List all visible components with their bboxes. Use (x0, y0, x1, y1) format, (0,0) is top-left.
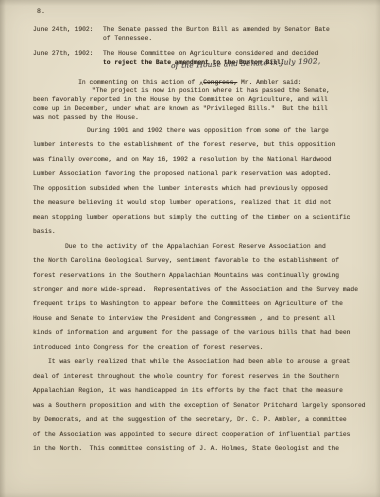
paragraph-line: was finally overcome, and on May 16, 190… (33, 153, 366, 167)
paragraph-line: in the North. This committee consisting … (33, 442, 366, 456)
comment-text-after: Mr. Ambler said: (237, 79, 301, 86)
quote-line: been favorably reported in the House by … (33, 95, 330, 104)
comment-text-before: In commenting on this action of (78, 79, 199, 86)
paragraph-line: During 1901 and 1902 there was oppositio… (33, 124, 366, 138)
paragraph-line: stronger and more wide-spread. Represent… (33, 283, 366, 297)
paragraph-line: the measure believing it would stop lumb… (33, 196, 366, 210)
quote-line: come up in December, under what are know… (33, 104, 330, 113)
paragraph-line: lumber interests to the establishment of… (33, 138, 366, 152)
paragraph-line: by Democrats, and at the suggestion of t… (33, 413, 366, 427)
paragraph-line: The opposition subsided when the lumber … (33, 182, 366, 196)
entry-date: June 27th, 1902: (33, 49, 103, 67)
block-quote: "The project is now in position where it… (33, 86, 330, 122)
body-text: During 1901 and 1902 there was oppositio… (33, 124, 366, 456)
page-number: 8. (37, 8, 45, 15)
paragraph-line: It was early realized that while the Ass… (33, 355, 366, 369)
scanned-typewritten-page: 8. June 24th, 1902: The Senate passed th… (0, 0, 380, 497)
paragraph-line: forest reservations in the Southern Appa… (33, 269, 366, 283)
quote-line: "The project is now in position where it… (33, 86, 330, 95)
timeline-entry: June 24th, 1902: The Senate passed the B… (33, 25, 330, 43)
quote-line: was not passed by the House. (33, 113, 330, 122)
paragraph-line: basis. (33, 225, 366, 239)
paragraph-line: was a Southern proposition and with the … (33, 399, 366, 413)
paragraph-line: Lumber Association favoring the proposed… (33, 167, 366, 181)
paragraph-line: deal of interest throughout the whole co… (33, 370, 366, 384)
paragraph-line: the North Carolina Geological Survey, se… (33, 254, 366, 268)
paragraph-line: frequent trips to Washington to appear b… (33, 297, 366, 311)
struck-word: Congress, (203, 79, 237, 86)
paragraph-line: Due to the activity of the Appalachian F… (33, 240, 366, 254)
paragraph-line: of the Association was appointed to secu… (33, 428, 366, 442)
entry-text-line: of Tennessee. (103, 34, 330, 43)
entry-text-line: The Senate passed the Burton Bill as ame… (103, 25, 330, 34)
entry-date: June 24th, 1902: (33, 25, 103, 43)
paragraph-line: House and Senate to interview the Presid… (33, 312, 366, 326)
paragraph-line: introduced into Congress for the creatio… (33, 341, 366, 355)
paragraph-line: kinds of information and argument for th… (33, 326, 366, 340)
paragraph-line: Appalachian Region, it was handicapped i… (33, 384, 366, 398)
paragraph-line: mean stopping lumber operations but simp… (33, 211, 366, 225)
